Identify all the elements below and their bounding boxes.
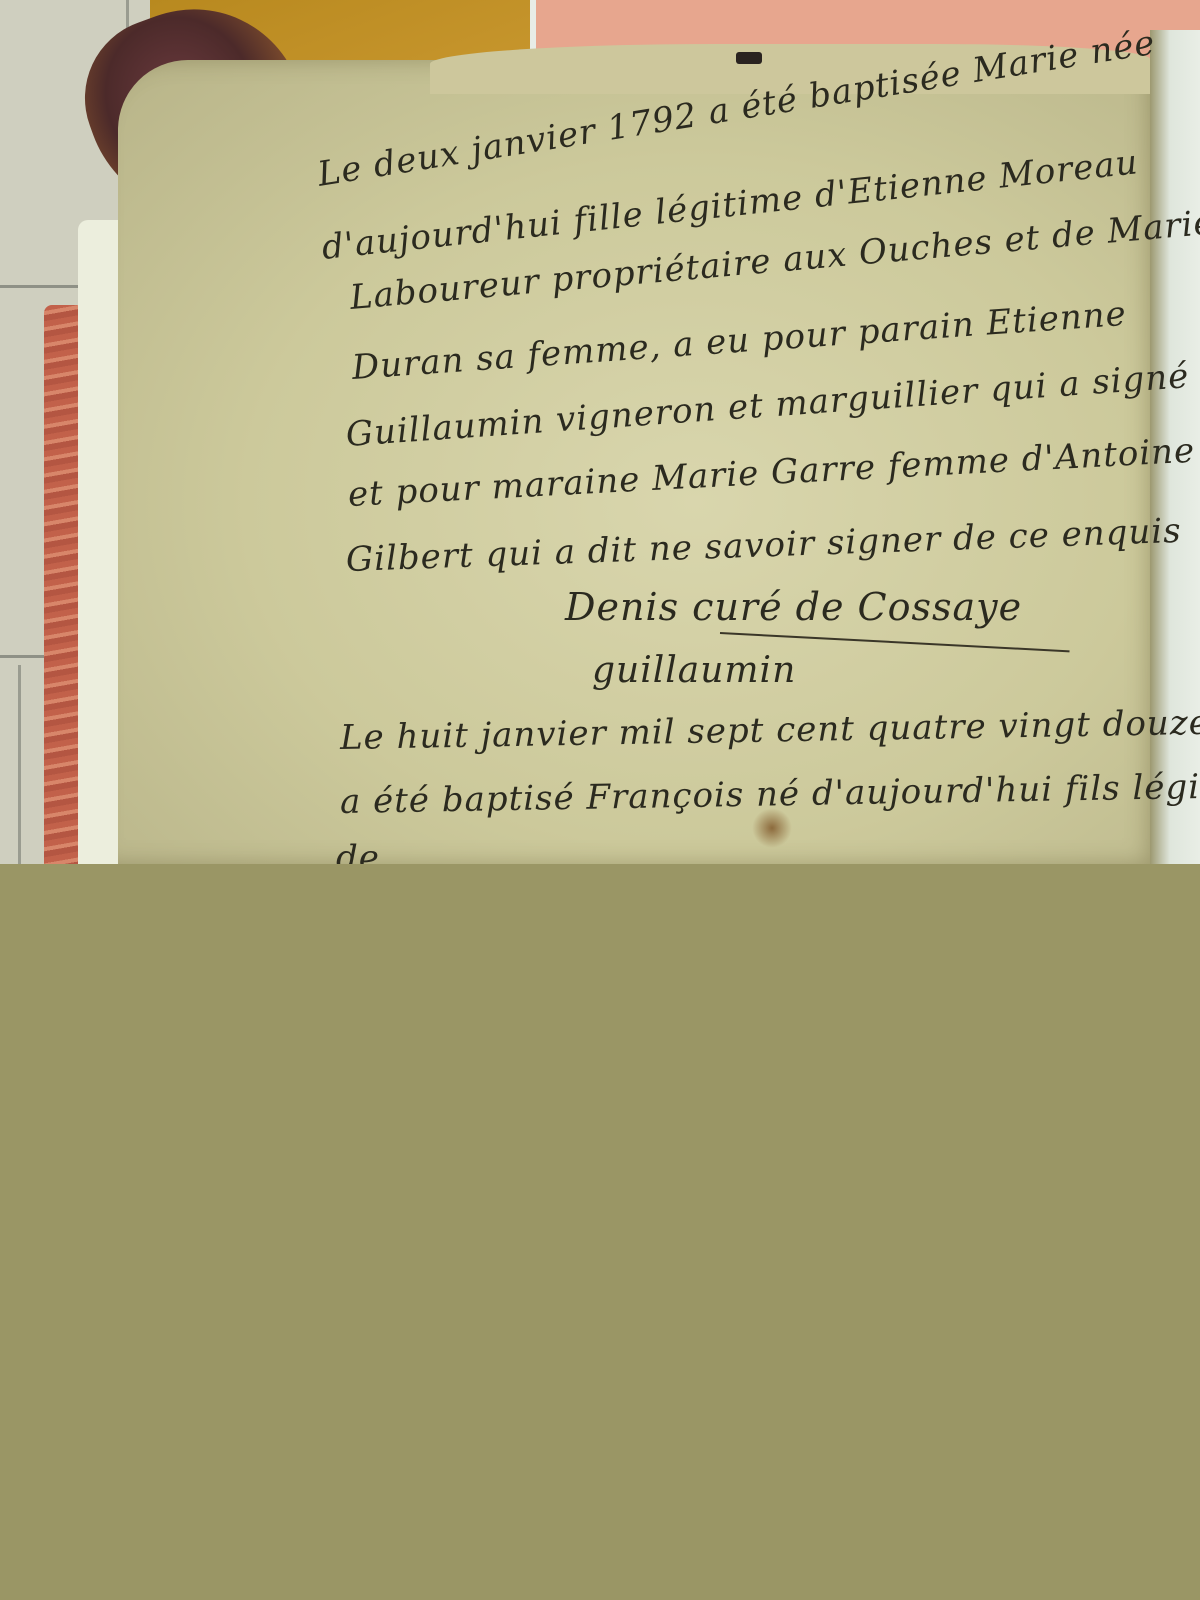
entry2-line3: de ... [336, 838, 427, 864]
signature-cure: Denis curé de Cossaye [565, 585, 1022, 629]
empty-fill-area [0, 864, 1200, 1600]
wall-tile-line [18, 665, 21, 864]
document-photo: Le deux janvier 1792 a été baptisée Mari… [0, 0, 1200, 864]
ink-blot [736, 52, 762, 64]
signature-guillaumin: guillaumin [592, 650, 796, 691]
wall-tile-line [0, 285, 90, 288]
